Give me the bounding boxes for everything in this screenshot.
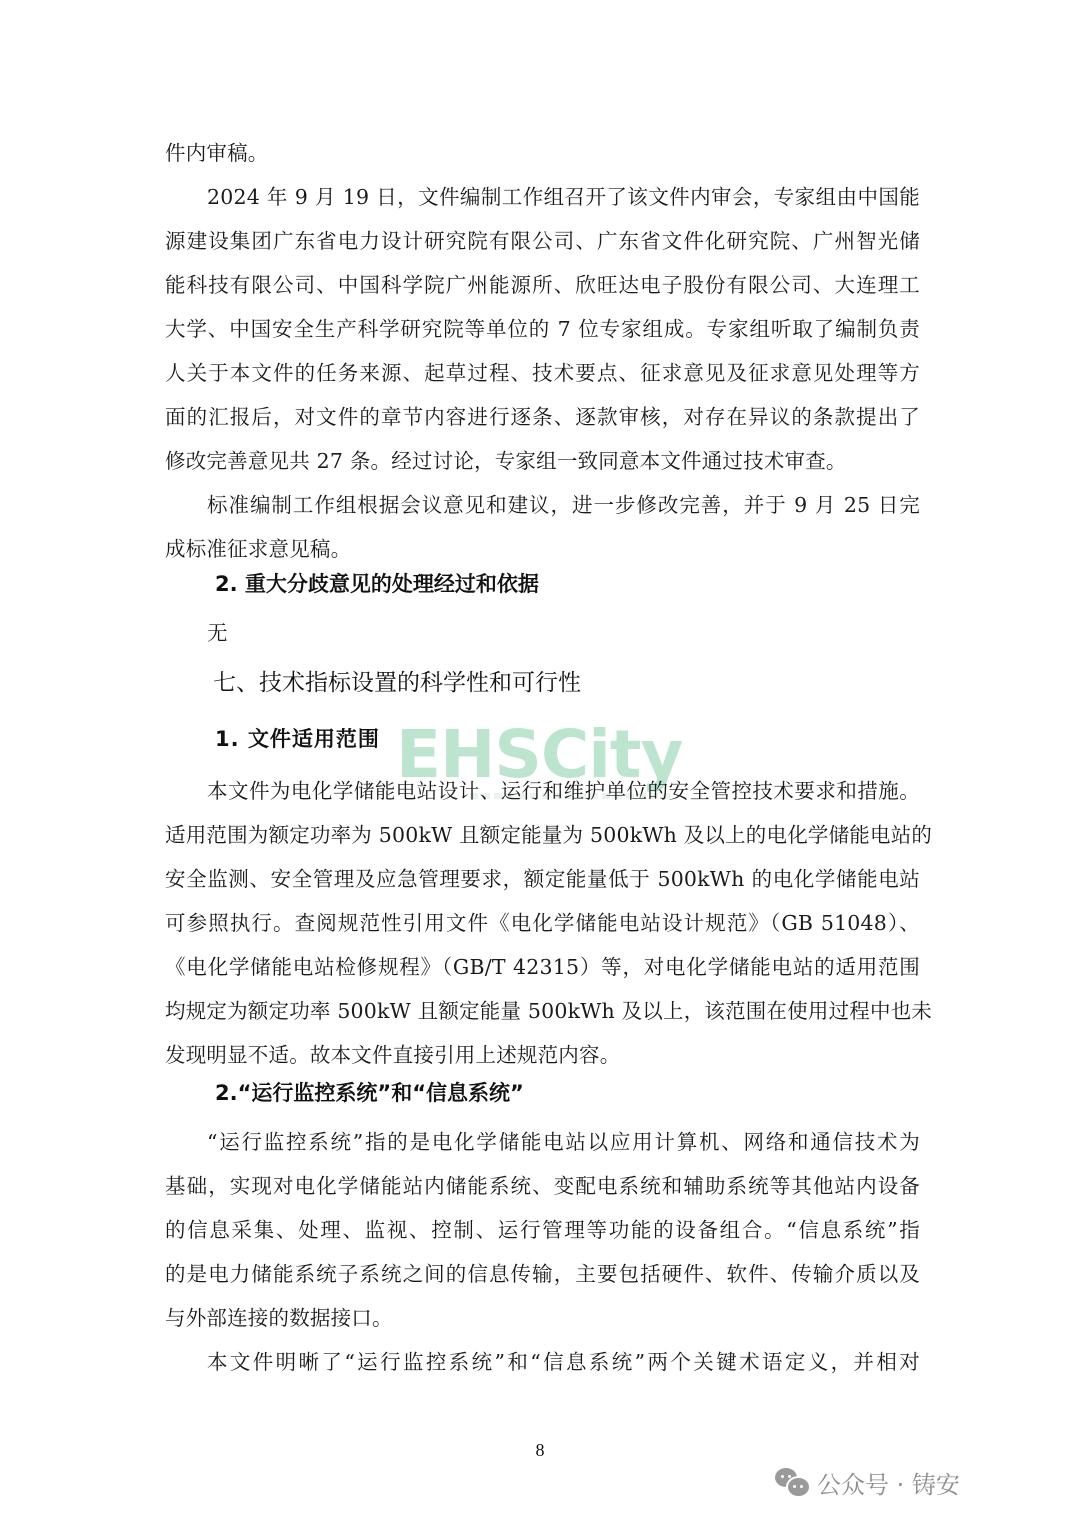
paragraph-line: 大学、中国安全生产科学研究院等单位的 7 位专家组成。专家组听取了编制负责: [165, 314, 920, 344]
document-page: 件内审稿。 2024 年 9 月 19 日，文件编制工作组召开了该文件内审会，专…: [0, 0, 1080, 1527]
section-body: 无: [207, 618, 228, 648]
paragraph-line: 安全监测、安全管理及应急管理要求，额定能量低于 500kWh 的电化学储能电站: [165, 864, 920, 894]
paragraph-line: 的信息采集、处理、监视、控制、运行管理等功能的设备组合。“信息系统”指: [165, 1215, 920, 1245]
paragraph-line: 面的汇报后，对文件的章节内容进行逐条、逐款审核，对存在异议的条款提出了: [165, 402, 920, 432]
paragraph-line: “运行监控系统”指的是电化学储能电站以应用计算机、网络和通信技术为: [207, 1127, 920, 1157]
paragraph-line: 2024 年 9 月 19 日，文件编制工作组召开了该文件内审会，专家组由中国能: [207, 182, 920, 212]
paragraph-line: 适用范围为额定功率为 500kW 且额定能量为 500kWh 及以上的电化学储能…: [165, 820, 920, 850]
paragraph-line: 发现明显不适。故本文件直接引用上述规范内容。: [165, 1040, 920, 1070]
paragraph-line: 能科技有限公司、中国科学院广州能源所、欣旺达电子股份有限公司、大连理工: [165, 270, 920, 300]
paragraph-line: 人关于本文件的任务来源、起草过程、技术要点、征求意见及征求意见处理等方: [165, 358, 920, 388]
paragraph-line: 本文件为电化学储能电站设计、运行和维护单位的安全管控技术要求和措施。: [207, 776, 920, 806]
chapter-heading: 七、技术指标设置的科学性和可行性: [213, 668, 581, 698]
paragraph-line: 与外部连接的数据接口。: [165, 1303, 920, 1333]
subsection-heading: 1. 文件适用范围: [215, 724, 380, 754]
paragraph-line: 成标准征求意见稿。: [165, 534, 920, 564]
wechat-icon: [775, 1468, 809, 1498]
footer-brand-label: 公众号 · 铸安: [817, 1465, 960, 1500]
paragraph-line: 标准编制工作组根据会议意见和建议，进一步修改完善，并于 9 月 25 日完: [207, 490, 920, 520]
footer-brand: 公众号 · 铸安: [775, 1465, 960, 1500]
subsection-heading: 2.“运行监控系统”和“信息系统”: [215, 1078, 524, 1108]
paragraph-line: 《电化学储能电站检修规程》（GB/T 42315）等，对电化学储能电站的适用范围: [165, 952, 920, 982]
paragraph-line: 源建设集团广东省电力设计研究院有限公司、广东省文件化研究院、广州智光储: [165, 226, 920, 256]
section-heading: 2. 重大分歧意见的处理经过和依据: [215, 569, 539, 599]
paragraph-line: 修改完善意见共 27 条。经过讨论，专家组一致同意本文件通过技术审查。: [165, 446, 920, 476]
paragraph-line: 的是电力储能系统子系统之间的信息传输，主要包括硬件、软件、传输介质以及: [165, 1259, 920, 1289]
paragraph-line: 基础，实现对电化学储能站内储能系统、变配电系统和辅助系统等其他站内设备: [165, 1171, 920, 1201]
paragraph-line: 均规定为额定功率 500kW 且额定能量 500kWh 及以上，该范围在使用过程…: [165, 996, 920, 1026]
paragraph-line: 可参照执行。查阅规范性引用文件《电化学储能电站设计规范》（GB 51048）、: [165, 908, 920, 938]
paragraph-line: 件内审稿。: [165, 138, 920, 168]
page-number: 8: [0, 1440, 1080, 1461]
paragraph-line: 本文件明晰了“运行监控系统”和“信息系统”两个关键术语定义，并相对: [207, 1347, 920, 1377]
